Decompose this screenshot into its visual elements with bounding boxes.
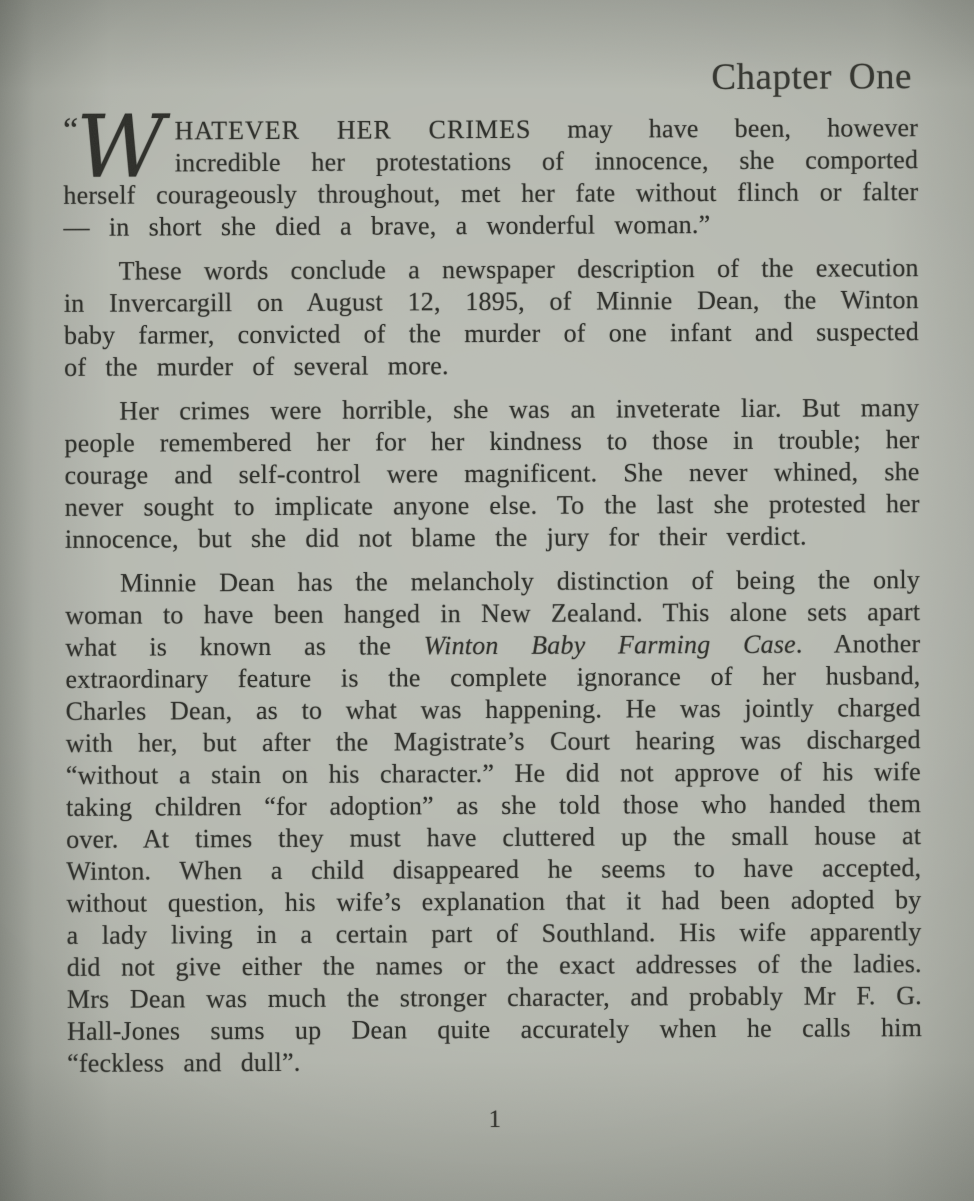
paragraph-text: . Another extraordinary feature is the c…	[65, 629, 922, 1078]
page-number: 1	[67, 1102, 922, 1138]
paragraph-newspaper-description: These words conclude a newspaper descrip…	[64, 252, 920, 384]
drop-cap: “W	[63, 115, 175, 177]
chapter-heading: Chapter One	[63, 56, 918, 102]
opening-caps-text: HATEVER HER CRIMES	[175, 115, 532, 146]
paragraph-her-crimes: Her crimes were horrible, she was an inv…	[64, 392, 920, 556]
book-page-photo: Chapter One “WHATEVER HER CRIMES may hav…	[0, 0, 974, 1201]
case-name-italic: Winton Baby Farming Case	[424, 630, 796, 661]
paragraph-melancholy-distinction: Minnie Dean has the melancholy distincti…	[65, 564, 922, 1080]
text-block: Chapter One “WHATEVER HER CRIMES may hav…	[63, 0, 923, 1138]
drop-cap-letter: W	[76, 115, 163, 179]
open-quote-mark: “	[63, 116, 76, 146]
paragraph-opening-quote: “WHATEVER HER CRIMES may have been, howe…	[63, 112, 919, 244]
